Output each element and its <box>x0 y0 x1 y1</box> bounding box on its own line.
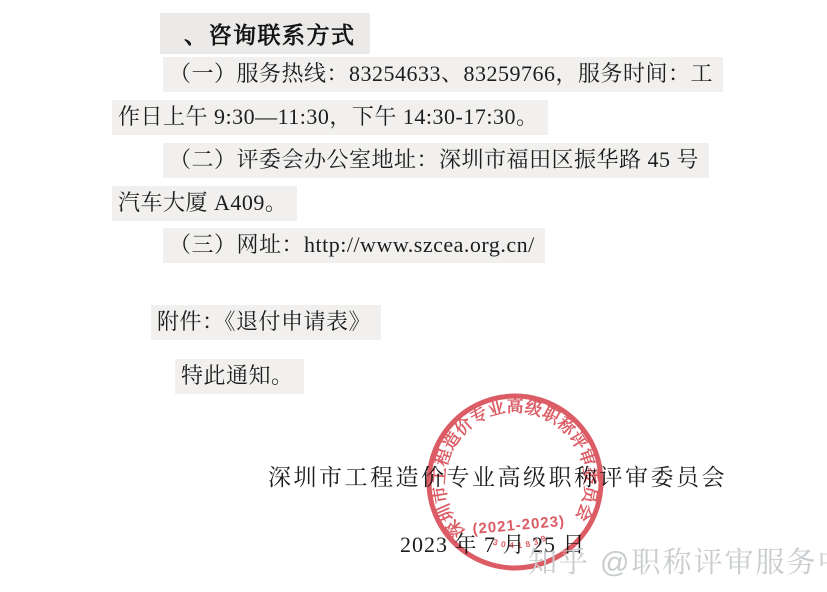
notice-line: 特此通知。 <box>175 359 304 394</box>
body-line-website: （三）网址：http://www.szcea.org.cn/ <box>163 228 545 263</box>
body-line-hours: 作日上午 9:30—11:30，下午 14:30-17:30。 <box>112 100 548 135</box>
attachment-line: 附件：《退付申请表》 <box>151 305 381 340</box>
watermark-text: 知乎 @职称评审服务中心 <box>528 540 827 581</box>
section-heading: 、咨询联系方式 <box>160 13 370 54</box>
document-page: 、咨询联系方式 （一）服务热线：83254633、83259766，服务时间：工… <box>0 0 827 592</box>
stamp-term-text: (2021-2023) <box>472 513 566 538</box>
body-line-hotline: （一）服务热线：83254633、83259766，服务时间：工 <box>163 57 723 92</box>
body-line-address: （二）评委会办公室地址：深圳市福田区振华路 45 号 <box>163 143 709 178</box>
body-line-address-wrap: 汽车大厦 A409。 <box>112 186 297 221</box>
